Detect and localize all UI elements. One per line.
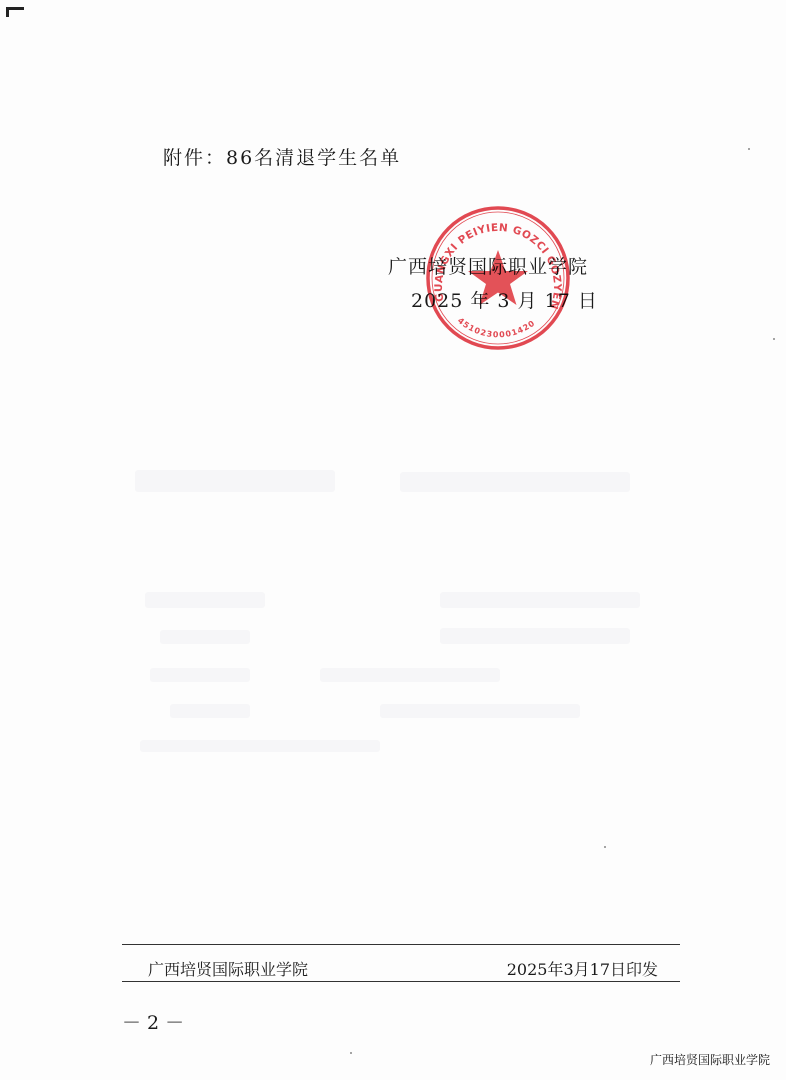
- bleed-through-patch: [135, 470, 335, 492]
- scan-speck: [350, 1052, 352, 1054]
- official-seal: GUANGXI PEIYIEN GOZCI GOZYEN 广西培贤国际职业学院 …: [425, 205, 571, 351]
- footer-rule-bottom: [122, 981, 680, 982]
- bleed-through-patch: [150, 668, 250, 682]
- bleed-through-patch: [440, 592, 640, 608]
- scan-speck: [773, 338, 775, 340]
- bleed-through-patch: [440, 628, 630, 644]
- scan-speck: [604, 846, 606, 848]
- page-number: － 2 －: [122, 1008, 184, 1035]
- bleed-through-patch: [145, 592, 265, 608]
- footer-issue-date: 2025年3月17日印发: [507, 957, 658, 980]
- svg-text:4510230001420: 4510230001420: [456, 316, 537, 339]
- bleed-through-patch: [170, 704, 250, 718]
- bleed-through-patch: [140, 740, 380, 752]
- watermark-text: 广西培贤国际职业学院: [650, 1051, 770, 1068]
- footer-organization: 广西培贤国际职业学院: [148, 957, 308, 980]
- bleed-through-patch: [400, 472, 630, 492]
- bleed-through-patch: [320, 668, 500, 682]
- attachment-line: 附件：86名清退学生名单: [163, 143, 401, 170]
- bleed-through-patch: [160, 630, 250, 644]
- footer-rule-top: [122, 944, 680, 945]
- bleed-through-patch: [380, 704, 580, 718]
- scan-speck: [748, 148, 750, 150]
- scan-corner-mark: [6, 7, 24, 17]
- star-icon: [468, 250, 528, 305]
